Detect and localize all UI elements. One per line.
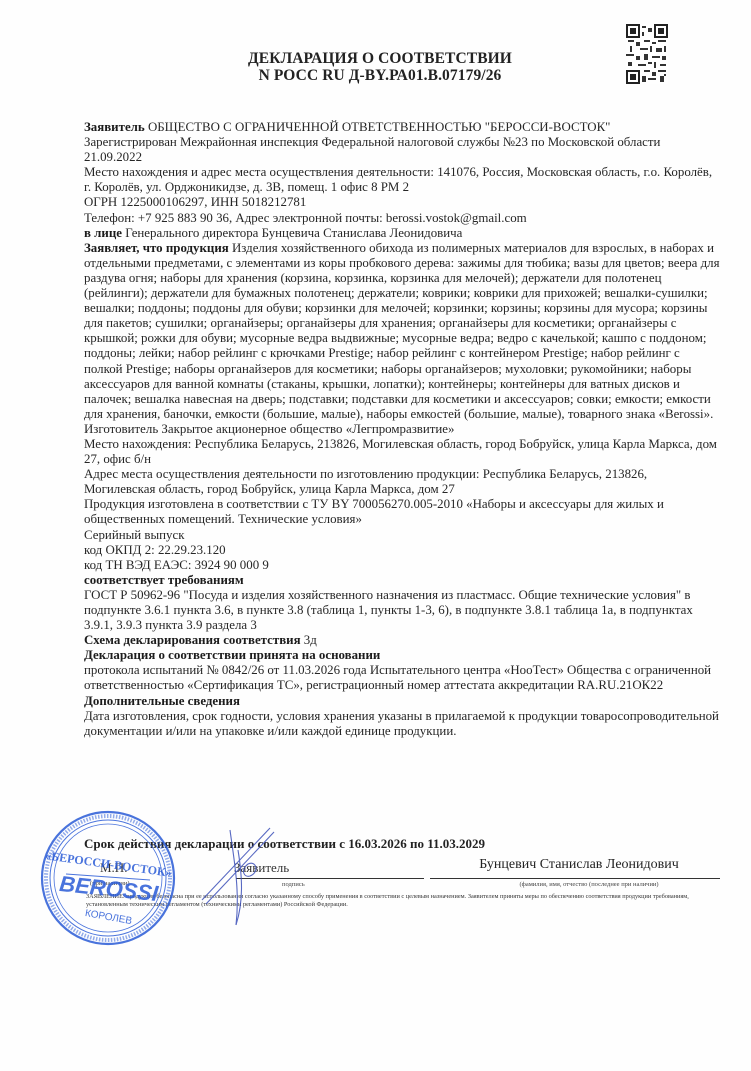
tnved-code: код ТН ВЭД ЕАЭС: 3924 90 000 9 xyxy=(84,558,720,573)
applicant-signature-label: Заявитель xyxy=(234,860,289,876)
signature-line xyxy=(236,878,424,879)
compliance-label: соответствует требованиям xyxy=(84,573,720,588)
fio-caption: (фамилия, имя, отчество (последнее при н… xyxy=(474,881,704,888)
document-title: ДЕКЛАРАЦИЯ О СООТВЕТСТВИИ N РОСС RU Д-BY… xyxy=(180,50,580,84)
name-line xyxy=(430,878,720,879)
product-declaration: Заявляет, что продукция Изделия хозяйств… xyxy=(84,241,720,422)
applicant-ogrn-inn: ОГРН 1225000106297, ИНН 5018212781 xyxy=(84,195,720,210)
represented-by: Генерального директора Бунцевича Станисл… xyxy=(122,226,462,240)
basis-text: протокола испытаний № 0842/26 от 11.03.2… xyxy=(84,663,720,693)
applicant-registration: Зарегистрирован Межрайонная инспекция Фе… xyxy=(84,135,720,165)
additional-text: Дата изготовления, срок годности, услови… xyxy=(84,709,720,739)
scheme-line: Схема декларирования соответствия 3д xyxy=(84,633,720,648)
manufacturer-name: Изготовитель Закрытое акционерное общест… xyxy=(84,422,720,437)
additional-label: Дополнительные сведения xyxy=(84,694,720,709)
signature-caption: подпись xyxy=(282,881,305,888)
represented-label: в лице xyxy=(84,226,122,240)
applicant-address: Место нахождения и адрес места осуществл… xyxy=(84,165,720,195)
declaration-page: ДЕКЛАРАЦИЯ О СООТВЕТСТВИИ N РОСС RU Д-BY… xyxy=(0,0,751,1071)
validity-period: Срок действия декларации о соответствии … xyxy=(84,836,485,852)
title-line-1: ДЕКЛАРАЦИЯ О СООТВЕТСТВИИ xyxy=(180,50,580,67)
applicant-line: Заявитель ОБЩЕСТВО С ОГРАНИЧЕННОЙ ОТВЕТС… xyxy=(84,120,720,135)
seal-caption: (при наличии) xyxy=(90,880,130,887)
manufacturer-spec: Продукция изготовлена в соответствии с Т… xyxy=(84,497,720,527)
signer-name: Бунцевич Станислав Леонидович xyxy=(444,857,714,873)
manufacturer-location: Место нахождения: Республика Беларусь, 2… xyxy=(84,437,720,467)
qr-code-icon xyxy=(626,24,668,84)
compliance-standard: ГОСТ Р 50962-96 "Посуда и изделия хозяйс… xyxy=(84,588,720,633)
manufacturer-production-address: Адрес места осуществления деятельности п… xyxy=(84,467,720,497)
scheme-label: Схема декларирования соответствия xyxy=(84,633,301,647)
signature-row: М.П. Заявитель Бунцевич Станислав Леонид… xyxy=(84,856,724,880)
applicant-label: Заявитель xyxy=(84,120,145,134)
scheme-value: 3д xyxy=(301,633,317,647)
declaration-number: N РОСС RU Д-BY.РА01.В.07179/26 xyxy=(180,67,580,84)
stamp-city-text: КОРОЛЕВ xyxy=(84,908,133,927)
product-label: Заявляет, что продукция xyxy=(84,241,229,255)
applicant-name: ОБЩЕСТВО С ОГРАНИЧЕННОЙ ОТВЕТСТВЕННОСТЬЮ… xyxy=(145,120,611,134)
represented-by-line: в лице Генерального директора Бунцевича … xyxy=(84,226,720,241)
seal-place-label: М.П. xyxy=(100,860,127,876)
legal-statement: ЗАЯВЛЕНИЕ: продукция безопасна при ее ис… xyxy=(86,893,706,909)
product-description: Изделия хозяйственного обихода из полиме… xyxy=(84,241,720,421)
applicant-contacts: Телефон: +7 925 883 90 36, Адрес электро… xyxy=(84,211,720,226)
basis-label: Декларация о соответствии принята на осн… xyxy=(84,648,720,663)
declaration-body: Заявитель ОБЩЕСТВО С ОГРАНИЧЕННОЙ ОТВЕТС… xyxy=(84,120,720,739)
release-type: Серийный выпуск xyxy=(84,528,720,543)
okpd-code: код ОКПД 2: 22.29.23.120 xyxy=(84,543,720,558)
